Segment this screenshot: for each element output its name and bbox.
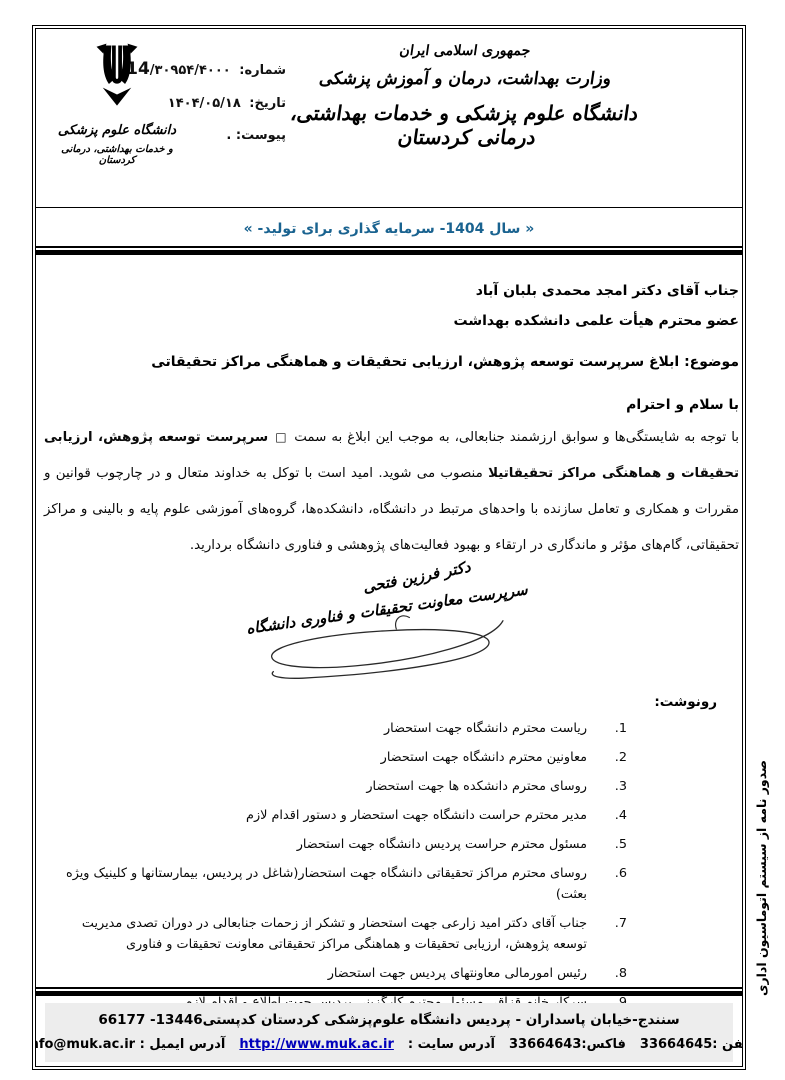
recipient-name: جناب آقای دکتر امجد محمدی بلبان آباد	[44, 281, 739, 302]
cc-list-item: 6.روسای محترم مراکز تحقیقاتی دانشگاه جهت…	[58, 863, 627, 905]
letter-attachment-label: پیوست:	[236, 128, 286, 143]
top-thick-divider	[36, 246, 742, 255]
cc-item-text: روسای محترم مراکز تحقیقاتی دانشگاه جهت ا…	[58, 863, 595, 905]
cc-list-item: 4.مدیر محترم حراست دانشگاه جهت استحضار و…	[58, 805, 627, 826]
signature-block: دکتر فرزین فتحی سرپرست معاونت تحقیقات و …	[44, 568, 739, 690]
footer-contact-box: سنندج-خیابان پاسداران - پردیس دانشگاه عل…	[45, 1003, 733, 1062]
cc-item-text: ریاست محترم دانشگاه جهت استحضار	[384, 718, 595, 739]
page-border-frame: شماره: 14/۳۰۹۵۴/۴۰۰۰ تاریخ: ۱۴۰۴/۰۵/۱۸ پ…	[32, 25, 746, 1070]
letter-attachment-value: .	[226, 128, 231, 143]
university-logo: دانشگاه علوم پزشکی و خدمات بهداشتی، درما…	[42, 41, 192, 166]
cc-list-item: 8.رئیس امورمالی معاونتهای پردیس جهت استح…	[58, 963, 627, 984]
cc-item-text: جناب آقای دکتر امید زارعی جهت استحضار و …	[58, 913, 595, 955]
logo-caption-line1: دانشگاه علوم پزشکی	[42, 123, 192, 138]
cc-list-item: 2.معاونین محترم دانشگاه جهت استحضار	[58, 747, 627, 768]
letterhead: شماره: 14/۳۰۹۵۴/۴۰۰۰ تاریخ: ۱۴۰۴/۰۵/۱۸ پ…	[36, 29, 742, 207]
letterhead-titles: جمهوری اسلامی ایران وزارت بهداشت، درمان …	[286, 43, 642, 149]
cc-list-item: 1.ریاست محترم دانشگاه جهت استحضار	[58, 718, 627, 739]
footer-address: سنندج-خیابان پاسداران - پردیس دانشگاه عل…	[51, 1012, 727, 1028]
allah-emblem-icon	[86, 41, 148, 117]
cc-item-number: 2.	[595, 747, 627, 768]
cc-item-text: مدیر محترم حراست دانشگاه جهت استحضار و د…	[246, 805, 595, 826]
cc-item-number: 8.	[595, 963, 627, 984]
footer: سنندج-خیابان پاسداران - پردیس دانشگاه عل…	[36, 987, 742, 1062]
cc-item-number: 6.	[595, 863, 627, 905]
footer-contact-row: تلفن :33664645 فاکس:33664643 آدرس سایت :…	[51, 1037, 727, 1052]
year-slogan: « سال 1404- سرمایه گذاری برای تولید- »	[36, 208, 742, 246]
cc-item-text: معاونین محترم دانشگاه جهت استحضار	[381, 747, 595, 768]
cc-list-item: 3.روسای محترم دانشکده ها جهت استحضار	[58, 776, 627, 797]
ministry-title: وزارت بهداشت، درمان و آموزش پزشکی	[285, 69, 643, 89]
letter-page: شماره: 14/۳۰۹۵۴/۴۰۰۰ تاریخ: ۱۴۰۴/۰۵/۱۸ پ…	[0, 0, 785, 1080]
university-title: دانشگاه علوم پزشکی و خدمات بهداشتی، درما…	[283, 101, 644, 149]
country-title: جمهوری اسلامی ایران	[285, 43, 643, 59]
body-paragraph: با توجه به شایستگی‌ها و سوابق ارزشمند جن…	[44, 419, 739, 564]
body-text-part1: با توجه به شایستگی‌ها و سوابق ارزشمند جن…	[294, 430, 739, 445]
cc-list-item: 7.جناب آقای دکتر امید زارعی جهت استحضار …	[58, 913, 627, 955]
automation-system-note: صدور نامه از سیستم اتوماسیون اداری	[754, 743, 772, 1013]
footer-fax: فاکس:33664643	[509, 1037, 626, 1052]
handwritten-signature-icon	[219, 606, 549, 688]
cc-title: رونوشت:	[44, 694, 717, 710]
cc-item-text: رئیس امورمالی معاونتهای پردیس جهت استحضا…	[328, 963, 595, 984]
salutation-line: با سلام و احترام	[44, 397, 739, 413]
logo-caption-line2: و خدمات بهداشتی، درمانی کردستان	[42, 144, 192, 166]
footer-thick-divider	[36, 987, 742, 996]
footer-email: آدرس ایمیل : Info@muk.ac.ir	[32, 1037, 225, 1052]
cc-item-number: 3.	[595, 776, 627, 797]
checkbox-glyph-icon: □	[273, 430, 289, 444]
website-link[interactable]: http://www.muk.ac.ir	[239, 1037, 394, 1052]
footer-phone: تلفن :33664645	[640, 1037, 746, 1052]
cc-item-number: 5.	[595, 834, 627, 855]
footer-site-label: آدرس سایت :	[408, 1037, 495, 1052]
recipient-role: عضو محترم هیأت علمی دانشکده بهداشت	[44, 311, 739, 332]
letter-date-label: تاریخ:	[249, 96, 286, 111]
cc-item-number: 1.	[595, 718, 627, 739]
subject-line: موضوع: ابلاغ سرپرست توسعه پژوهش، ارزیابی…	[44, 354, 739, 370]
letter-number-label: شماره:	[239, 63, 286, 78]
cc-item-text: مسئول محترم حراست پردیس دانشگاه جهت استح…	[297, 834, 595, 855]
cc-list-item: 5.مسئول محترم حراست پردیس دانشگاه جهت اس…	[58, 834, 627, 855]
cc-item-text: روسای محترم دانشکده ها جهت استحضار	[366, 776, 595, 797]
cc-item-number: 4.	[595, 805, 627, 826]
body-glyph-artifact: لا	[488, 466, 498, 481]
cc-item-number: 7.	[595, 913, 627, 955]
letter-content: جناب آقای دکتر امجد محمدی بلبان آباد عضو…	[36, 255, 742, 1042]
